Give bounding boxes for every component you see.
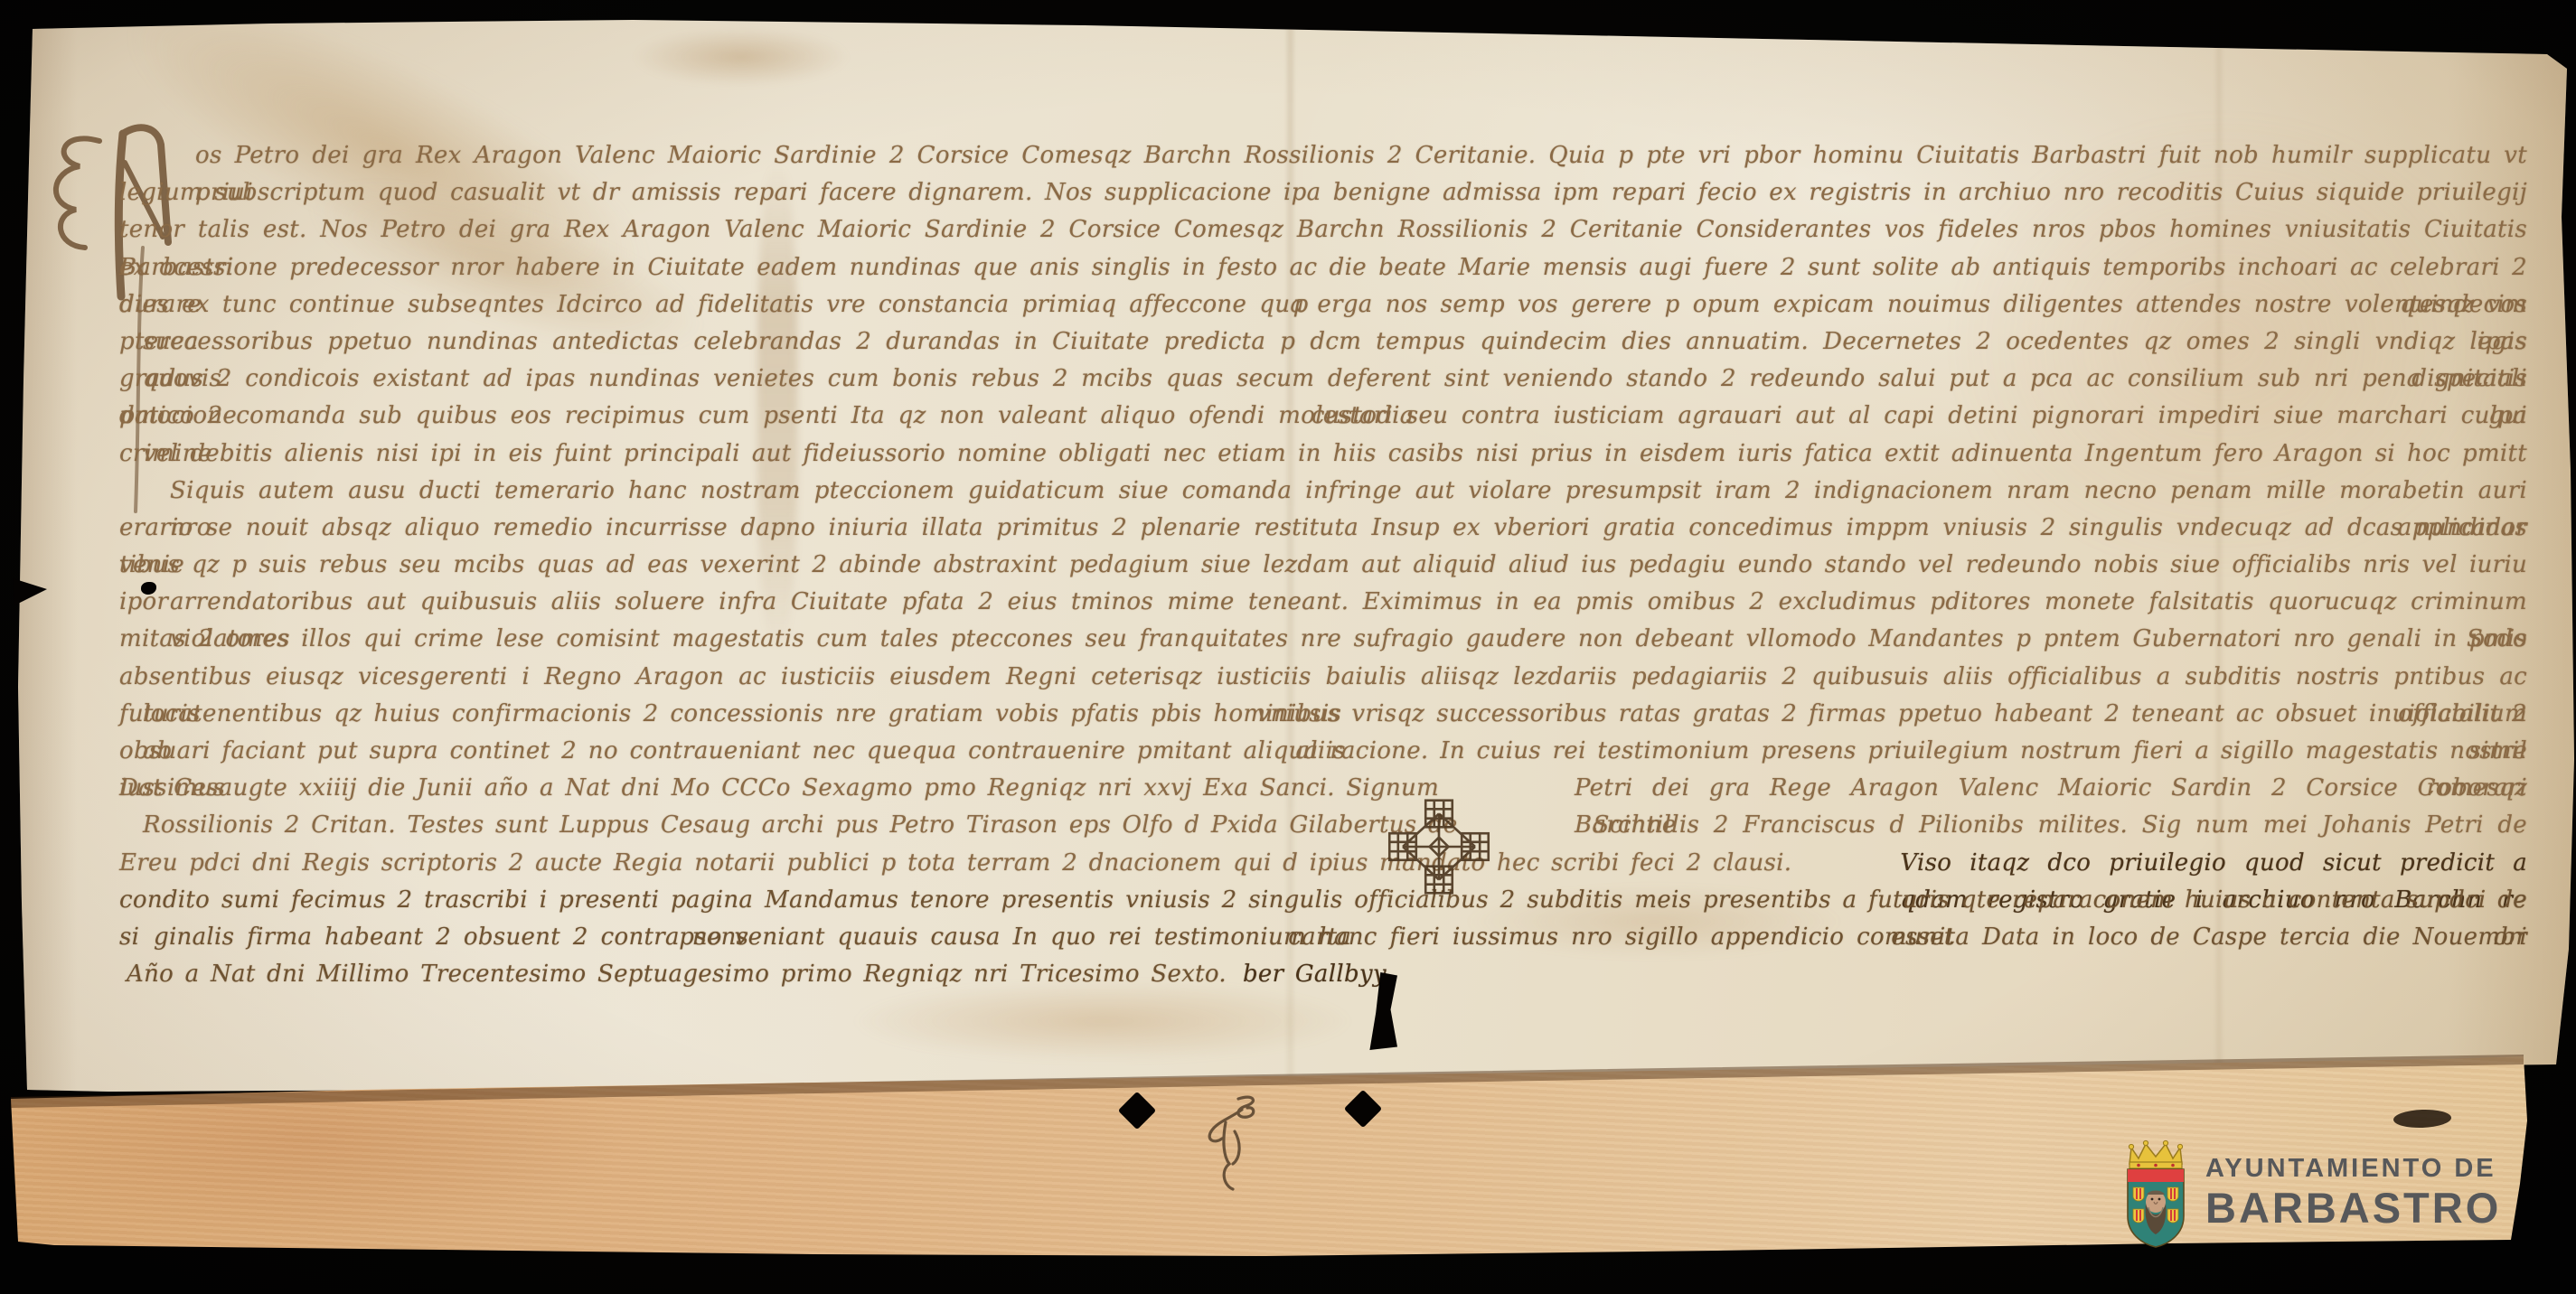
manuscript-line: obsuari faciant put supra continet 2 no …: [119, 733, 2527, 770]
manuscript-text-segment: Rossilionis 2 Critan. Testes sunt Luppus…: [143, 807, 1458, 844]
manuscript-line: Rossilionis 2 Critan. Testes sunt Luppus…: [119, 807, 2527, 844]
manuscript-text-segment: Año a Nat dni Millimo Trecentesimo Septu…: [127, 956, 1227, 993]
manuscript-text-segment: Ereu pdci dni Regis scriptoris 2 aucte R…: [119, 845, 1791, 882]
logo-line-barbastro: BARBASTRO: [2205, 1186, 2501, 1230]
manuscript-text-segment: mitas 2 omes illos qui crime lese comisi…: [119, 621, 2527, 658]
manuscript-line: vel debitis alienis nisi ipi in eis fuin…: [119, 436, 2527, 473]
manuscript-line: tibus qz p suis rebus seu mcibs quas ad …: [119, 547, 2527, 584]
manuscript-line: os Petro dei gra Rex Aragon Valenc Maior…: [119, 137, 2527, 174]
logo-line-ayuntamiento: AYUNTAMIENTO DE: [2205, 1153, 2501, 1184]
manuscript-line: absentibus eiusqz vicesgerenti i Regno A…: [119, 659, 2527, 696]
manuscript-line: successoribus ppetuo nundinas antedictas…: [119, 323, 2527, 361]
manuscript-line: Año a Nat dni Millimo Trecentesimo Septu…: [119, 956, 2527, 993]
manuscript-line: locatenentibus qz huius confirmacionis 2…: [119, 696, 2527, 733]
barbastro-coat-of-arms-icon: [2124, 1137, 2187, 1249]
manuscript-line: gradus 2 condicois existant ad ipas nund…: [119, 361, 2527, 398]
manuscript-text-segment: Scintillis 2 Franciscus d Pilionibs mili…: [1594, 807, 2527, 844]
manuscript-line: legium subscriptum quod casualit vt dr a…: [119, 174, 2527, 211]
manuscript-line: dies ex tunc continue subseqntes Idcirco…: [119, 286, 2527, 323]
manuscript-line: erario se nouit absqz aliquo remedio inc…: [119, 510, 2527, 547]
manuscript-line: arrendatoribus aut quibusuis aliis solue…: [119, 584, 2527, 621]
crown: [2129, 1140, 2182, 1168]
manuscript-line: datico 2 comanda sub quibus eos recipimu…: [119, 398, 2527, 435]
manuscript-text-segment: ber Gallbyy: [1243, 956, 1387, 993]
manuscript-line: ex ocessione predecessor nror habere in …: [119, 249, 2527, 286]
manuscript-line: tenor talis est. Nos Petro dei gra Rex A…: [119, 211, 2527, 248]
manuscript-text-segment: Dat Cesaugte xxiiij die Junii año a Nat …: [119, 770, 1439, 807]
notarial-flourish-icon: [1202, 1092, 1264, 1196]
photo-stage: os Petro dei gra Rex Aragon Valenc Maior…: [0, 0, 2576, 1294]
manuscript-line: Ereu pdci dni Regis scriptoris 2 aucte R…: [119, 845, 2527, 882]
barbastro-logo-text: AYUNTAMIENTO DE BARBASTRO: [2205, 1153, 2501, 1230]
stain-top-spots: [624, 25, 859, 89]
manuscript-line: condito sumi fecimus 2 trascribi i prese…: [119, 882, 2527, 919]
manuscript-text-segment: ginalis firma habeant 2 obsuent 2 contra…: [154, 919, 2527, 956]
manuscript-line: Dat Cesaugte xxiiij die Junii año a Nat …: [119, 770, 2527, 807]
barbastro-logo: AYUNTAMIENTO DE BARBASTRO: [2124, 1137, 2501, 1249]
royal-signum-cross-icon: [1387, 799, 1491, 895]
shield: [2128, 1169, 2184, 1247]
manuscript-text-segment: legium subscriptum quod casualit vt dr a…: [119, 174, 2527, 211]
manuscript-lines: os Petro dei gra Rex Aragon Valenc Maior…: [119, 137, 2527, 993]
manuscript-line: mitas 2 omes illos qui crime lese comisi…: [119, 621, 2527, 658]
manuscript-line: Siquis autem ausu ducti temerario hanc n…: [119, 473, 2527, 510]
manuscript-text-segment: vel debitis alienis nisi ipi in eis fuin…: [143, 436, 2527, 473]
manuscript-line: ginalis firma habeant 2 obsuent 2 contra…: [119, 919, 2527, 956]
